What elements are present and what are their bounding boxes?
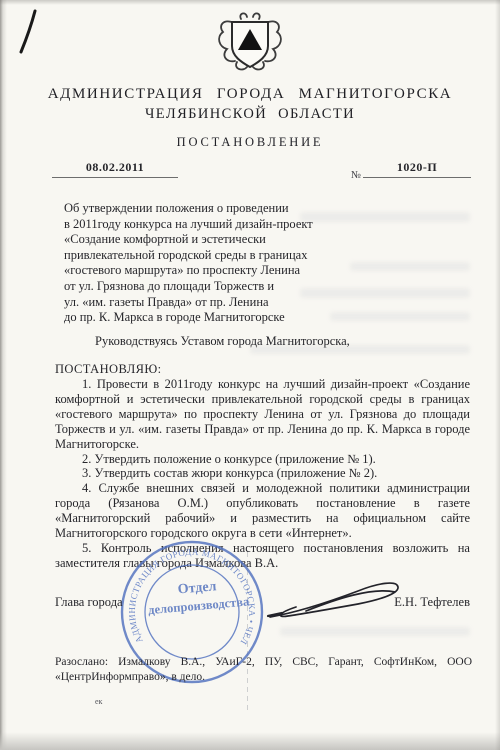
document-page: АДМИНИСТРАЦИЯ ГОРОДА МАГНИТОГОРСКА ЧЕЛЯБ… (0, 0, 500, 750)
document-type-title: ПОСТАНОВЛЕНИЕ (0, 135, 500, 150)
resolution-item-1: 1. Провести в 2011году конкурс на лучший… (55, 377, 470, 452)
subject-line: привлекательной городской среды в границ… (64, 248, 384, 264)
number-sign: № (351, 170, 361, 181)
subject-line: в 2011году конкурса на лучший дизайн-про… (64, 217, 384, 233)
scan-shadow-top (0, 0, 500, 5)
distribution-line1: Разослано: Измалкову В.А., УАиГ-2, ПУ, С… (55, 655, 472, 670)
pen-slash-mark (14, 6, 42, 58)
signer-title: Глава города (55, 595, 123, 610)
scan-shadow-bottom (0, 732, 500, 750)
subject-line: от ул. Грязнова до площади Торжеств и (64, 279, 384, 295)
distribution-line2: «ЦентрИнформправо», в дело. (55, 670, 472, 685)
distribution-list: Разослано: Измалкову В.А., УАиГ-2, ПУ, С… (55, 655, 472, 685)
subject-line: ул. «им. газеты Правда» от пр. Ленина (64, 295, 384, 311)
resolution-item-2: 2. Утвердить положение о конкурсе (прило… (55, 452, 470, 467)
resolve-heading: ПОСТАНОВЛЯЮ: (55, 362, 161, 377)
signer-name: Е.Н. Тефтелев (394, 595, 470, 610)
subject-line: «гостевого маршрута» по проспекту Ленина (64, 263, 384, 279)
resolution-item-3: 3. Утвердить состав жюри конкурса (прило… (55, 466, 470, 481)
document-date: 08.02.2011 (52, 160, 178, 178)
org-name-line1: АДМИНИСТРАЦИЯ ГОРОДА МАГНИТОГОРСКА (0, 86, 500, 103)
document-number: 1020-П (363, 160, 471, 178)
signature-row: Глава города Е.Н. Тефтелев (55, 595, 470, 610)
executor-initials: ек (95, 697, 102, 706)
preamble: Руководствуясь Уставом города Магнитогор… (55, 334, 470, 349)
subject-block: Об утверждении положения о проведении в … (64, 201, 384, 326)
coat-of-arms-icon (213, 10, 287, 86)
org-name-line2: ЧЕЛЯБИНСКОЙ ОБЛАСТИ (0, 106, 500, 123)
subject-line: до пр. К. Маркса в городе Магнитогорске (64, 310, 384, 326)
subject-line: «Создание комфортной и эстетически (64, 232, 384, 248)
subject-line: Об утверждении положения о проведении (64, 201, 384, 217)
